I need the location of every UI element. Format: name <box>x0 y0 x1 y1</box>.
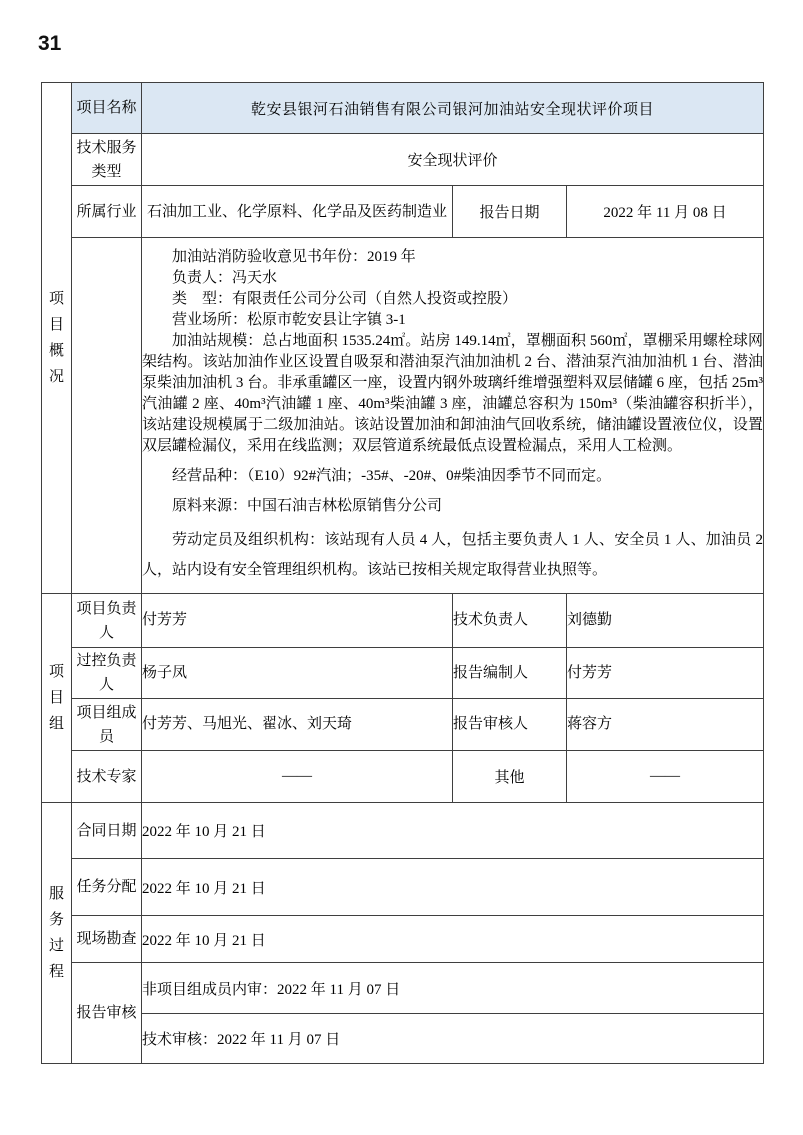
section-label-overview: 项目概况 <box>42 83 72 594</box>
report-date-value: 2022 年 11 月 08 日 <box>567 186 764 238</box>
overview-paragraph: 劳动定员及组织机构：该站现有人员 4 人，包括主要负责人 1 人、安全员 1 人… <box>142 525 763 585</box>
overview-paragraph: 类 型：有限责任公司分公司（自然人投资或控股） <box>142 289 763 310</box>
empty-cell <box>72 238 142 594</box>
report-reviewer-value: 蒋容方 <box>567 699 764 751</box>
service-type-value: 安全现状评价 <box>142 134 764 186</box>
overview-paragraph: 负责人：冯天水 <box>142 268 763 289</box>
site-survey-value: 2022 年 10 月 21 日 <box>142 916 764 963</box>
tech-expert-value: —— <box>142 751 453 803</box>
overview-content: 加油站消防验收意见书年份：2019 年 负责人：冯天水 类 型：有限责任公司分公… <box>142 238 764 594</box>
project-name-label: 项目名称 <box>72 83 142 134</box>
process-control-label: 过控负责人 <box>72 648 142 699</box>
service-type-label: 技术服务类型 <box>72 134 142 186</box>
project-title: 乾安县银河石油销售有限公司银河加油站安全现状评价项目 <box>142 83 764 134</box>
project-leader-value: 付芳芳 <box>142 594 453 648</box>
process-control-value: 杨子凤 <box>142 648 453 699</box>
team-members-value: 付芳芳、马旭光、翟冰、刘天琦 <box>142 699 453 751</box>
project-info-table: 项目概况 项目名称 乾安县银河石油销售有限公司银河加油站安全现状评价项目 技术服… <box>41 82 764 1064</box>
section-label-team: 项目组 <box>42 594 72 803</box>
section-label-process: 服务过程 <box>42 803 72 1064</box>
report-review-label: 报告审核 <box>72 963 142 1064</box>
overview-paragraph: 原料来源：中国石油吉林松原销售分公司 <box>142 496 763 517</box>
process-section-label: 服务过程 <box>49 881 65 986</box>
industry-value: 石油加工业、化学原料、化学品及医药制造业 <box>142 186 453 238</box>
task-assignment-label: 任务分配 <box>72 859 142 916</box>
team-members-label: 项目组成员 <box>72 699 142 751</box>
page-number: 31 <box>38 32 61 56</box>
overview-paragraph: 经营品种：（E10）92#汽油；-35#、-20#、0#柴油因季节不同而定。 <box>142 466 763 487</box>
task-assignment-value: 2022 年 10 月 21 日 <box>142 859 764 916</box>
contract-date-label: 合同日期 <box>72 803 142 859</box>
tech-leader-label: 技术负责人 <box>453 594 567 648</box>
other-label: 其他 <box>453 751 567 803</box>
site-survey-label: 现场勘查 <box>72 916 142 963</box>
contract-date-value: 2022 年 10 月 21 日 <box>142 803 764 859</box>
team-section-label: 项目组 <box>49 659 65 738</box>
industry-label: 所属行业 <box>72 186 142 238</box>
tech-expert-label: 技术专家 <box>72 751 142 803</box>
report-reviewer-label: 报告审核人 <box>453 699 567 751</box>
overview-paragraph: 加油站规模：总占地面积 1535.24㎡。站房 149.14㎡，罩棚面积 560… <box>142 331 763 457</box>
overview-section-label: 项目概况 <box>49 286 65 391</box>
tech-leader-value: 刘德勤 <box>567 594 764 648</box>
report-date-label: 报告日期 <box>453 186 567 238</box>
overview-paragraph: 加油站消防验收意见书年份：2019 年 <box>142 247 763 268</box>
internal-review-value: 非项目组成员内审：2022 年 11 月 07 日 <box>142 963 764 1014</box>
report-writer-value: 付芳芳 <box>567 648 764 699</box>
document-page: 31 项目概况 项目名称 乾安县银河石油销售有限公司银河加油站安全现状评价项目 … <box>0 0 803 1135</box>
tech-review-value: 技术审核：2022 年 11 月 07 日 <box>142 1014 764 1064</box>
other-value: —— <box>567 751 764 803</box>
project-leader-label: 项目负责人 <box>72 594 142 648</box>
overview-paragraph: 营业场所：松原市乾安县让字镇 3-1 <box>142 310 763 331</box>
report-writer-label: 报告编制人 <box>453 648 567 699</box>
